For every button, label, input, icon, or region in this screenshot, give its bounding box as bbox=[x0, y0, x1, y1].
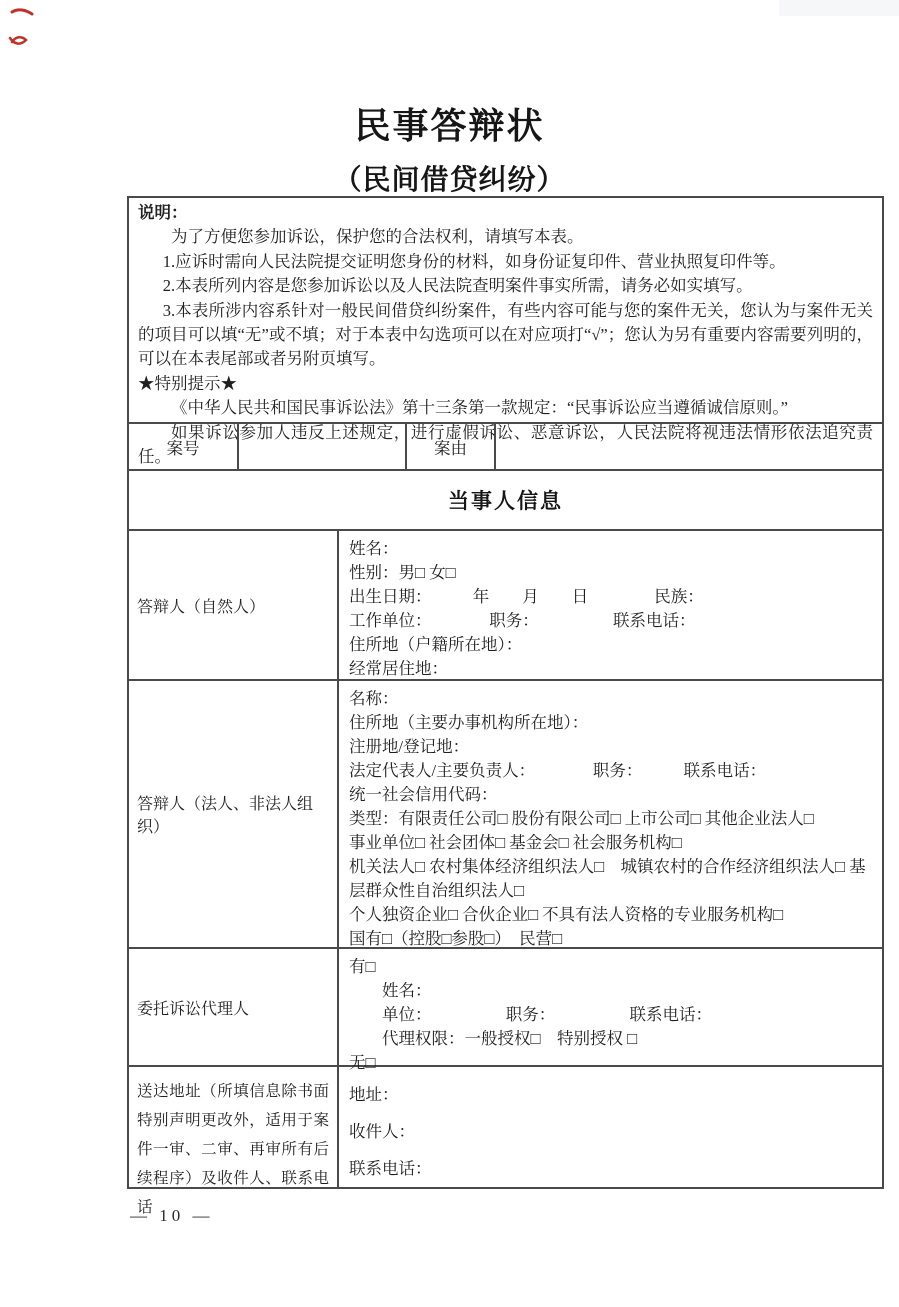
red-pen-mark-top bbox=[12, 10, 32, 14]
form-line: 住所地（主要办事机构所在地）： bbox=[349, 709, 876, 733]
instructions-item-3: 3.本表所涉内容系针对一般民间借贷纠纷案件，有些内容可能与您的案件无关，您认为与… bbox=[138, 299, 873, 372]
litigation-agent-label: 委托诉讼代理人 bbox=[129, 949, 339, 1065]
form-line: 法定代表人/主要负责人： 职务： 联系电话： bbox=[349, 757, 876, 781]
respondent-legal-label: 答辩人（法人、非法人组织） bbox=[129, 681, 339, 947]
form-line: 名称： bbox=[349, 685, 876, 709]
instructions-item-1: 1.应诉时需向人民法院提交证明您身份的材料，如身份证复印件、营业执照复印件等。 bbox=[138, 250, 873, 274]
litigation-agent-fields: 有□ 姓名： 单位： 职务： 联系电话： 代理权限：一般授权□ 特别授权 □无□ bbox=[339, 949, 882, 1065]
form-line: 代理权限：一般授权□ 特别授权 □ bbox=[349, 1025, 876, 1049]
form-line: 有□ bbox=[349, 953, 876, 977]
scan-smudge bbox=[779, 0, 899, 16]
respondent-natural-fields: 姓名：性别：男□ 女□出生日期： 年 月 日 民族：工作单位： 职务： 联系电话… bbox=[339, 531, 882, 679]
case-number-label: 案号 bbox=[129, 424, 237, 469]
law-quote: 《中华人民共和国民事诉讼法》第十三条第一款规定：“民事诉讼应当遵循诚信原则。” bbox=[138, 396, 873, 420]
form-line: 经常居住地： bbox=[349, 655, 876, 679]
form-line: 姓名： bbox=[349, 977, 876, 1001]
form-line: 个人独资企业□ 合伙企业□ 不具有法人资格的专业服务机构□ bbox=[349, 901, 876, 925]
red-pen-marks bbox=[6, 4, 46, 64]
party-info-header: 当事人信息 bbox=[129, 469, 882, 529]
form-table: 说明： 为了方便您参加诉讼，保护您的合法权利，请填写本表。 1.应诉时需向人民法… bbox=[127, 196, 884, 1189]
red-pen-mark-bottom bbox=[10, 37, 26, 43]
respondent-legal-fields: 名称：住所地（主要办事机构所在地）：注册地/登记地：法定代表人/主要负责人： 职… bbox=[339, 681, 882, 947]
cause-label: 案由 bbox=[405, 424, 494, 469]
respondent-natural-label: 答辩人（自然人） bbox=[129, 531, 339, 679]
document-title: 民事答辩状 bbox=[0, 98, 899, 149]
form-line: 类型：有限责任公司□ 股份有限公司□ 上市公司□ 其他企业法人□ bbox=[349, 805, 876, 829]
instructions-intro: 为了方便您参加诉讼，保护您的合法权利，请填写本表。 bbox=[138, 225, 873, 249]
form-line: 机关法人□ 农村集体经济组织法人□ 城镇农村的合作经济组织法人□ 基层群众性自治… bbox=[349, 853, 876, 901]
cause-field bbox=[494, 424, 882, 469]
form-line: 工作单位： 职务： 联系电话： bbox=[349, 607, 876, 631]
form-line: 联系电话： bbox=[349, 1155, 876, 1179]
case-number-field bbox=[237, 424, 405, 469]
form-line: 国有□（控股□参股□） 民营□ bbox=[349, 925, 876, 949]
instructions-heading: 说明： bbox=[138, 201, 873, 225]
form-line: 事业单位□ 社会团体□ 基金会□ 社会服务机构□ bbox=[349, 829, 876, 853]
respondent-natural-row: 答辩人（自然人） 姓名：性别：男□ 女□出生日期： 年 月 日 民族：工作单位：… bbox=[129, 529, 882, 679]
respondent-legal-row: 答辩人（法人、非法人组织） 名称：住所地（主要办事机构所在地）：注册地/登记地：… bbox=[129, 679, 882, 947]
form-line: 性别：男□ 女□ bbox=[349, 559, 876, 583]
instructions-box: 说明： 为了方便您参加诉讼，保护您的合法权利，请填写本表。 1.应诉时需向人民法… bbox=[129, 198, 882, 422]
form-line: 收件人： bbox=[349, 1118, 876, 1142]
form-line: 住所地（户籍所在地）： bbox=[349, 631, 876, 655]
form-line: 出生日期： 年 月 日 民族： bbox=[349, 583, 876, 607]
form-line: 地址： bbox=[349, 1081, 876, 1105]
document-page: 民事答辩状 （民间借贷纠纷） 说明： 为了方便您参加诉讼，保护您的合法权利，请填… bbox=[0, 0, 899, 1307]
service-address-label: 送达地址（所填信息除书面特别声明更改外，适用于案件一审、二审、再审所有后续程序）… bbox=[129, 1067, 339, 1187]
case-row: 案号 案由 bbox=[129, 422, 882, 469]
service-address-fields: 地址：收件人：联系电话： bbox=[339, 1067, 882, 1187]
instructions-item-2: 2.本表所列内容是您参加诉讼以及人民法院查明案件事实所需，请务必如实填写。 bbox=[138, 274, 873, 298]
form-line: 单位： 职务： 联系电话： bbox=[349, 1001, 876, 1025]
litigation-agent-row: 委托诉讼代理人 有□ 姓名： 单位： 职务： 联系电话： 代理权限：一般授权□ … bbox=[129, 947, 882, 1065]
form-line: 姓名： bbox=[349, 535, 876, 559]
document-subtitle: （民间借贷纠纷） bbox=[0, 158, 899, 198]
form-line: 注册地/登记地： bbox=[349, 733, 876, 757]
page-number: — 10 — bbox=[130, 1206, 214, 1226]
special-notice-heading: ★特别提示★ bbox=[138, 372, 873, 396]
form-line: 统一社会信用代码： bbox=[349, 781, 876, 805]
service-address-row: 送达地址（所填信息除书面特别声明更改外，适用于案件一审、二审、再审所有后续程序）… bbox=[129, 1065, 882, 1187]
